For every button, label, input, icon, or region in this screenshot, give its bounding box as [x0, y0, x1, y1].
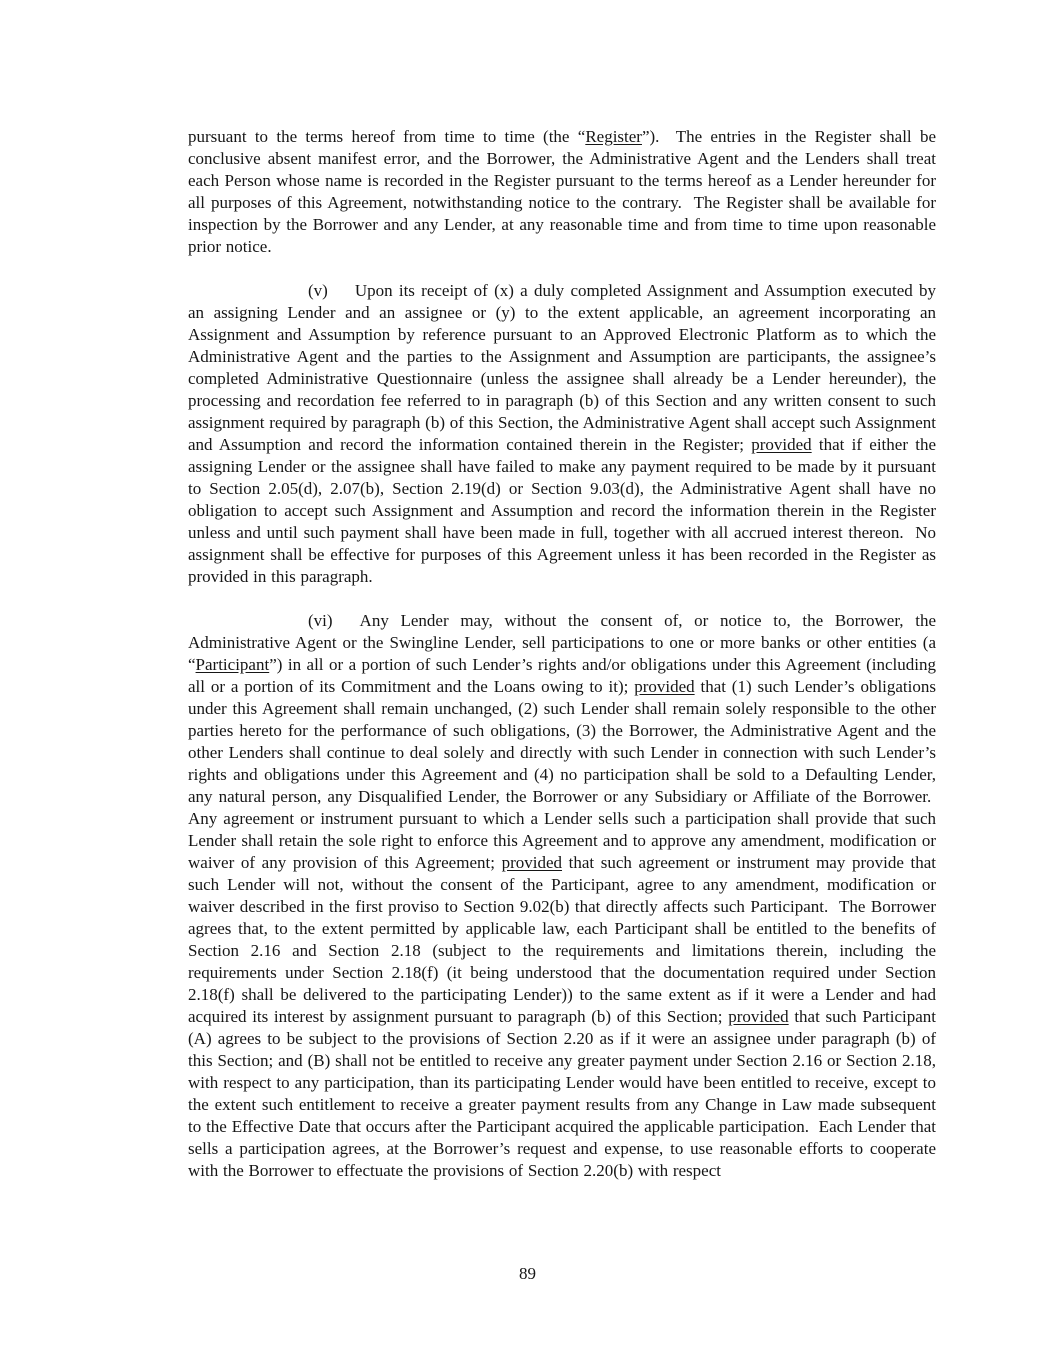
underlined-term: provided: [502, 853, 562, 872]
underlined-term: provided: [728, 1007, 788, 1026]
paragraph-v-assignment-assumption: (v)Upon its receipt of (x) a duly comple…: [188, 280, 936, 588]
underlined-term: provided: [634, 677, 694, 696]
document-body: pursuant to the terms hereof from time t…: [188, 126, 936, 1204]
document-page: pursuant to the terms hereof from time t…: [0, 0, 1055, 1365]
page-number: 89: [0, 1263, 1055, 1285]
text-run: that such agreement or instrument may pr…: [188, 853, 936, 1026]
text-run: Upon its receipt of (x) a duly completed…: [188, 281, 936, 454]
text-run: that if either the assigning Lender or t…: [188, 435, 936, 586]
underlined-term: Participant: [196, 655, 270, 674]
underlined-term: Register: [585, 127, 642, 146]
underlined-term: provided: [751, 435, 811, 454]
text-run: that such Participant (A) agrees to be s…: [188, 1007, 936, 1180]
paragraph-register-continuation: pursuant to the terms hereof from time t…: [188, 126, 936, 258]
text-run: (v): [308, 281, 328, 300]
paragraph-vi-participations: (vi)Any Lender may, without the consent …: [188, 610, 936, 1182]
text-run: ”). The entries in the Register shall be…: [188, 127, 936, 256]
text-run: that (1) such Lender’s obligations under…: [188, 677, 936, 872]
text-run: (vi): [308, 611, 333, 630]
text-run: pursuant to the terms hereof from time t…: [188, 127, 585, 146]
